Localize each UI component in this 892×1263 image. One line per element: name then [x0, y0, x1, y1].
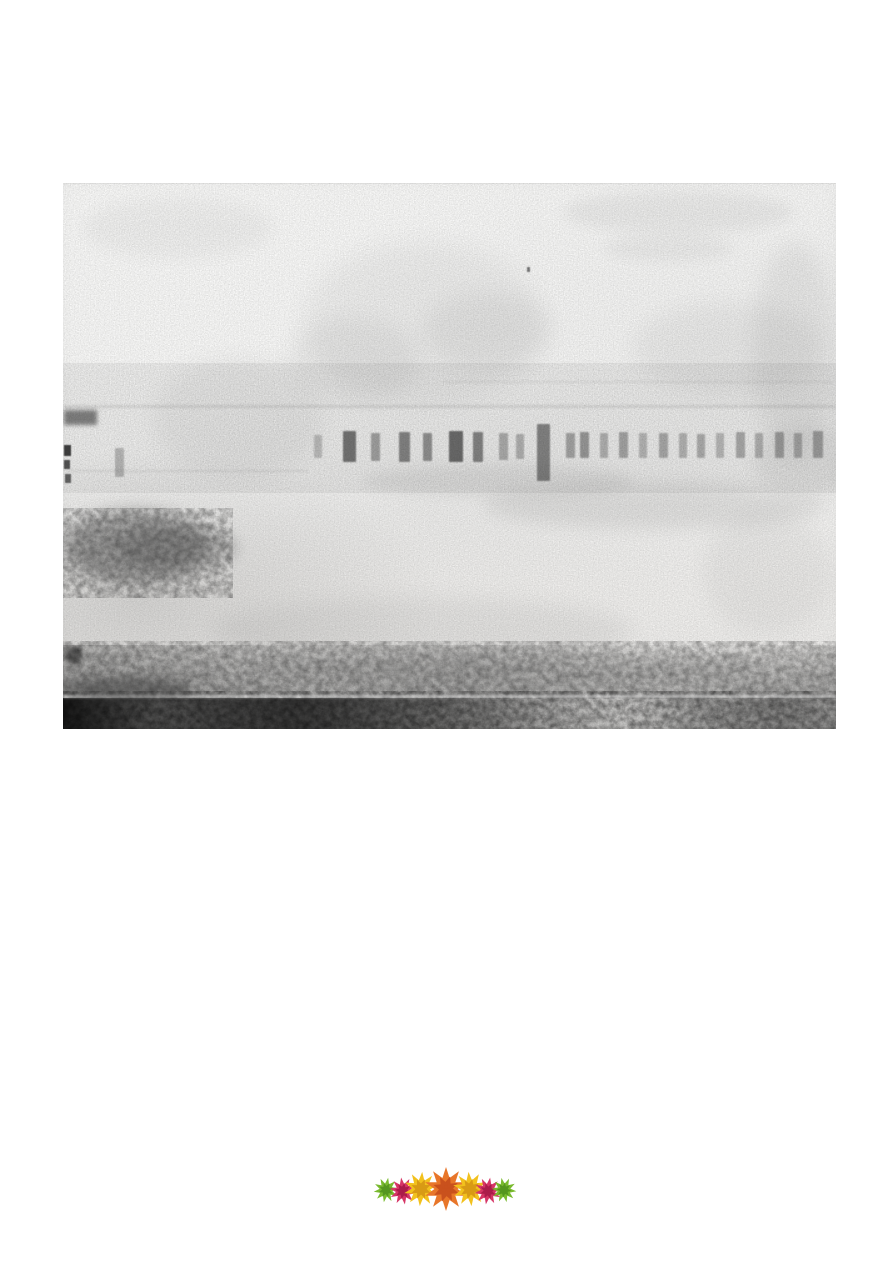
photo-dark-mark: [64, 445, 71, 456]
building-window: [600, 433, 608, 458]
photo-smudge: [83, 198, 273, 258]
building-window: [679, 433, 687, 458]
photo-smudge: [118, 525, 238, 570]
flower-center-dot: [447, 1188, 451, 1192]
photo-smudge: [423, 293, 553, 368]
photo-smudge: [753, 428, 836, 493]
building-window: [115, 448, 124, 477]
photo-dark-mark: [64, 460, 70, 469]
flower-center-dot: [442, 1188, 446, 1192]
building-window: [516, 434, 524, 459]
faded-photograph: [63, 183, 836, 729]
floral-ornament-graphic: [358, 1166, 534, 1214]
building-window: [697, 434, 705, 458]
building-window: [716, 433, 724, 458]
photo-dark-mark: [65, 474, 71, 483]
photo-dark-mark: [527, 267, 530, 272]
building-window: [659, 433, 668, 458]
building-window: [639, 433, 647, 458]
photo-smudge: [63, 677, 193, 701]
photo-smudge: [603, 235, 733, 261]
building-window: [566, 433, 575, 458]
building-window: [371, 433, 380, 461]
document-page: [0, 0, 892, 1263]
photo-smudge: [243, 653, 763, 683]
photo-smudge: [563, 191, 793, 233]
building-window: [619, 432, 628, 458]
flower-center-dot: [444, 1185, 448, 1189]
floral-ornament: [358, 1166, 534, 1214]
building-window: [423, 433, 432, 461]
building-window: [399, 432, 410, 462]
photo-smudge: [288, 318, 418, 403]
building-window: [343, 431, 356, 462]
building-window: [499, 433, 508, 460]
building-window: [580, 432, 589, 458]
building-window: [736, 432, 745, 458]
photo-smudge: [703, 513, 833, 633]
building-window: [473, 432, 483, 462]
photo-dark-mark: [67, 647, 81, 663]
photo-bottom-dark-strip: [63, 698, 836, 729]
photo-smudge: [633, 303, 823, 393]
building-window: [449, 431, 463, 462]
photo-dark-mark: [64, 410, 97, 425]
